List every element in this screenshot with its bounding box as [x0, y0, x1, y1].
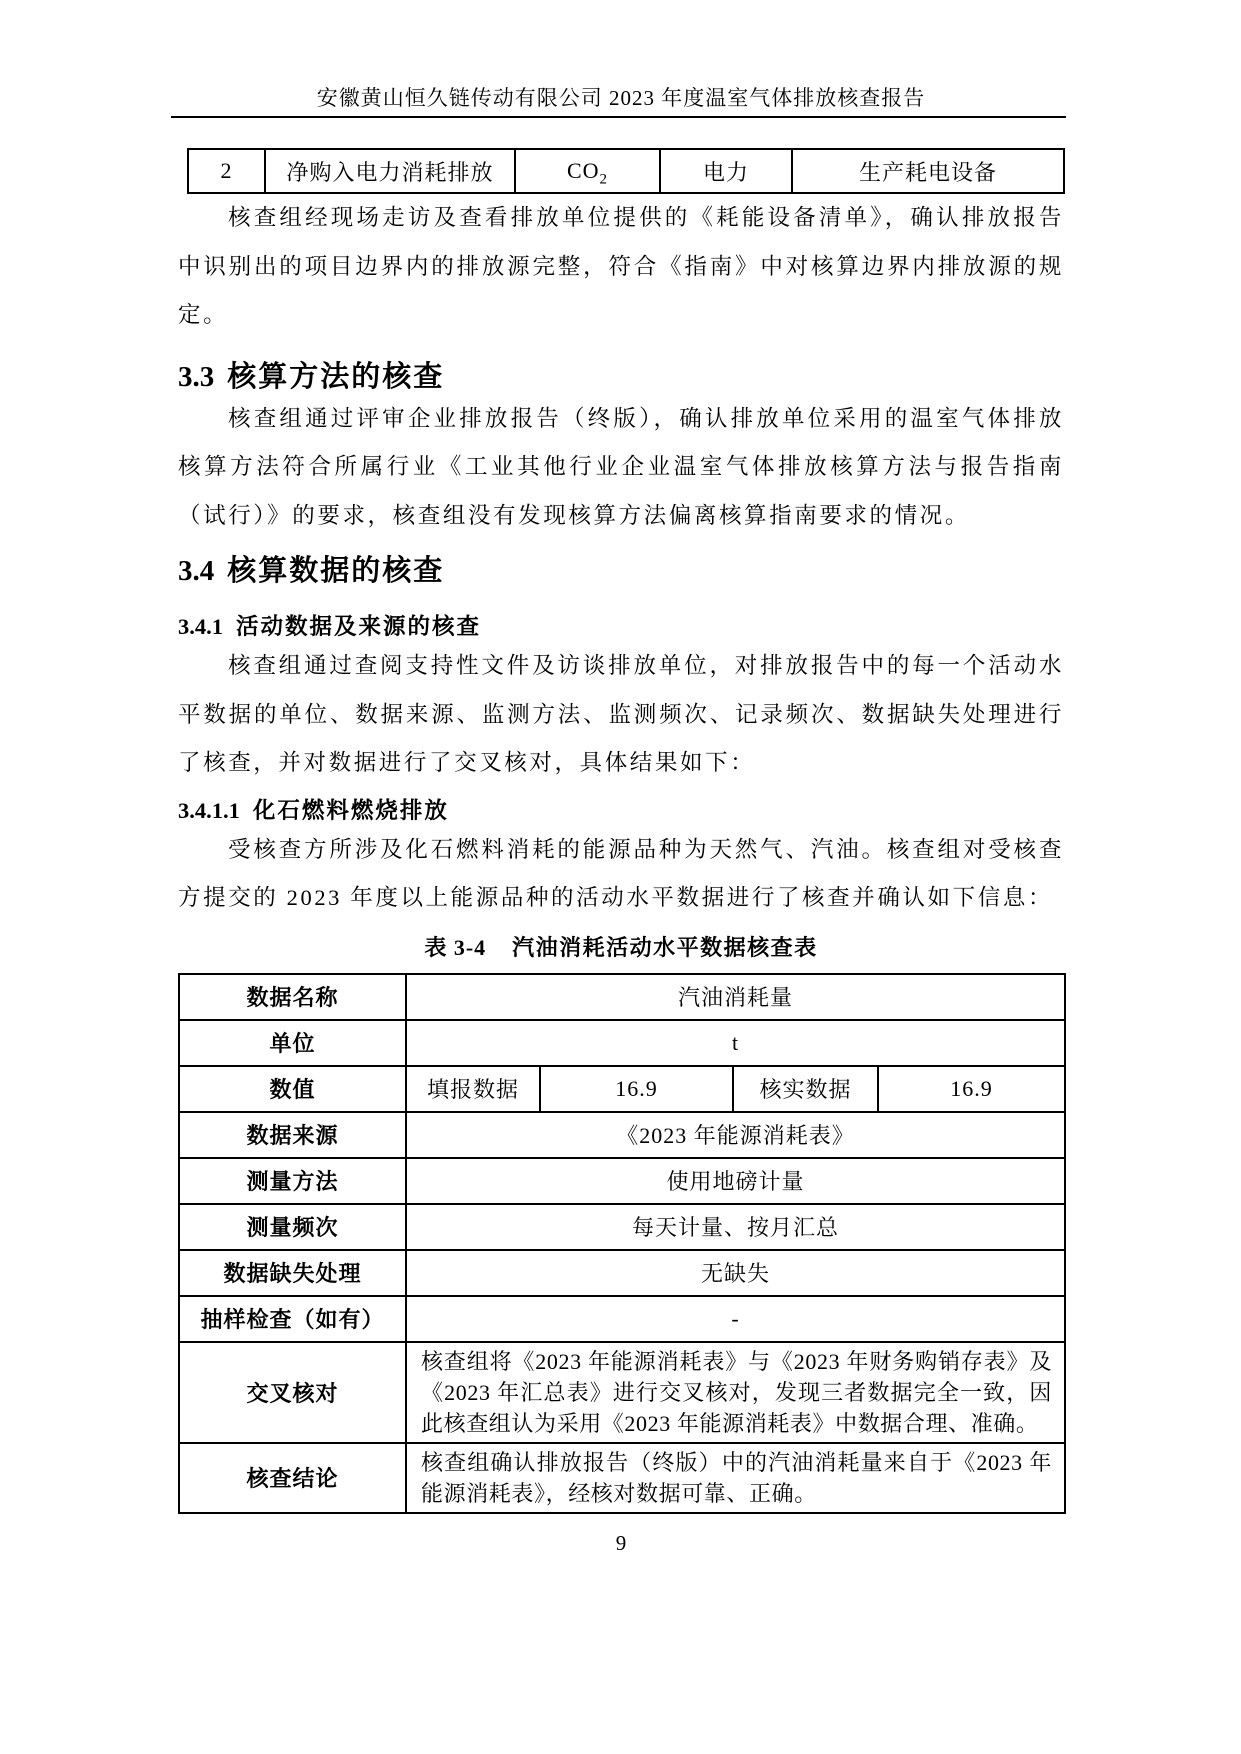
section-number: 3.4	[178, 555, 214, 587]
gas-subscript: 2	[600, 171, 609, 187]
table-row-measurement-frequency: 测量频次 每天计量、按月汇总	[179, 1204, 1065, 1250]
page-content: 安徽黄山恒久链传动有限公司 2023 年度温室气体排放核查报告 2 净购入电力消…	[178, 0, 1064, 1556]
table-caption: 表 3-4汽油消耗活动水平数据核查表	[178, 935, 1064, 961]
row-value: 汽油消耗量	[406, 974, 1065, 1020]
reported-data-value: 16.9	[540, 1066, 733, 1112]
table-row-cross-check: 交叉核对 核查组将《2023 年能源消耗表》与《2023 年财务购销存表》及《2…	[179, 1342, 1065, 1443]
section-number: 3.4.1.1	[178, 798, 240, 823]
section-heading-3-4-1-1: 3.4.1.1化石燃料燃烧排放	[178, 796, 1064, 826]
gas-cell: CO2	[515, 149, 660, 193]
section-heading-3-4: 3.4核算数据的核查	[178, 553, 1064, 589]
table-caption-title: 汽油消耗活动水平数据核查表	[512, 935, 818, 960]
row-label: 核查结论	[179, 1443, 406, 1513]
table-row-missing-data: 数据缺失处理 无缺失	[179, 1250, 1065, 1296]
table-row-unit: 单位 t	[179, 1020, 1065, 1066]
row-value: 核查组将《2023 年能源消耗表》与《2023 年财务购销存表》及《2023 年…	[406, 1342, 1065, 1443]
table-row-sampling-check: 抽样检查（如有） -	[179, 1296, 1065, 1342]
verification-table: 数据名称 汽油消耗量 单位 t 数值 填报数据 16.9 核实数据 16.9 数…	[178, 973, 1066, 1514]
row-label: 测量方法	[179, 1158, 406, 1204]
header-rule	[171, 116, 1066, 118]
section-number: 3.4.1	[178, 614, 223, 639]
row-value: 核查组确认排放报告（终版）中的汽油消耗量来自于《2023 年能源消耗表》，经核对…	[406, 1443, 1065, 1513]
reported-data-label: 填报数据	[406, 1066, 540, 1112]
section-title: 活动数据及来源的核查	[236, 614, 481, 639]
section-heading-3-3: 3.3核算方法的核查	[178, 359, 1064, 395]
table-caption-label: 表 3-4	[424, 935, 486, 960]
row-value: -	[406, 1296, 1065, 1342]
verified-data-label: 核实数据	[733, 1066, 878, 1112]
paragraph-fossil-fuel: 受核查方所涉及化石燃料消耗的能源品种为天然气、汽油。核查组对受核查方提交的 20…	[178, 826, 1064, 923]
document-page: 安徽黄山恒久链传动有限公司 2023 年度温室气体排放核查报告 2 净购入电力消…	[0, 0, 1241, 1754]
gas-formula: CO	[567, 158, 600, 183]
paragraph-activity-data: 核查组通过查阅支持性文件及访谈排放单位，对排放报告中的每一个活动水平数据的单位、…	[178, 642, 1064, 788]
table-row-data-source: 数据来源 《2023 年能源消耗表》	[179, 1112, 1065, 1158]
row-value: t	[406, 1020, 1065, 1066]
energy-type-cell: 电力	[660, 149, 792, 193]
row-label: 数据来源	[179, 1112, 406, 1158]
row-label: 抽样检查（如有）	[179, 1296, 406, 1342]
page-header-title: 安徽黄山恒久链传动有限公司 2023 年度温室气体排放核查报告	[178, 0, 1064, 110]
paragraph-boundary-confirmation: 核查组经现场走访及查看排放单位提供的《耗能设备清单》，确认排放报告中识别出的项目…	[178, 194, 1064, 340]
verified-data-value: 16.9	[878, 1066, 1065, 1112]
emission-source-cell: 净购入电力消耗排放	[265, 149, 515, 193]
emission-source-row: 2 净购入电力消耗排放 CO2 电力 生产耗电设备	[188, 149, 1064, 193]
row-label: 数据缺失处理	[179, 1250, 406, 1296]
section-number: 3.3	[178, 361, 214, 393]
row-value: 使用地磅计量	[406, 1158, 1065, 1204]
row-label: 数据名称	[179, 974, 406, 1020]
row-label: 测量频次	[179, 1204, 406, 1250]
row-label: 单位	[179, 1020, 406, 1066]
emission-source-table: 2 净购入电力消耗排放 CO2 电力 生产耗电设备	[187, 148, 1065, 194]
table-row-data-name: 数据名称 汽油消耗量	[179, 974, 1065, 1020]
section-title: 化石燃料燃烧排放	[253, 798, 449, 823]
paragraph-method-verification: 核查组通过评审企业排放报告（终版），确认排放单位采用的温室气体排放核算方法符合所…	[178, 395, 1064, 541]
row-value: 每天计量、按月汇总	[406, 1204, 1065, 1250]
section-heading-3-4-1: 3.4.1活动数据及来源的核查	[178, 612, 1064, 642]
row-label: 交叉核对	[179, 1342, 406, 1443]
row-value: 无缺失	[406, 1250, 1065, 1296]
section-title: 核算数据的核查	[227, 555, 444, 587]
row-value: 《2023 年能源消耗表》	[406, 1112, 1065, 1158]
table-row-conclusion: 核查结论 核查组确认排放报告（终版）中的汽油消耗量来自于《2023 年能源消耗表…	[179, 1443, 1065, 1513]
table-row-measurement-method: 测量方法 使用地磅计量	[179, 1158, 1065, 1204]
section-title: 核算方法的核查	[227, 361, 444, 393]
facility-cell: 生产耗电设备	[792, 149, 1064, 193]
page-number: 9	[178, 1530, 1064, 1556]
row-label: 数值	[179, 1066, 406, 1112]
table-row-numeric-value: 数值 填报数据 16.9 核实数据 16.9	[179, 1066, 1065, 1112]
row-index-cell: 2	[188, 149, 265, 193]
